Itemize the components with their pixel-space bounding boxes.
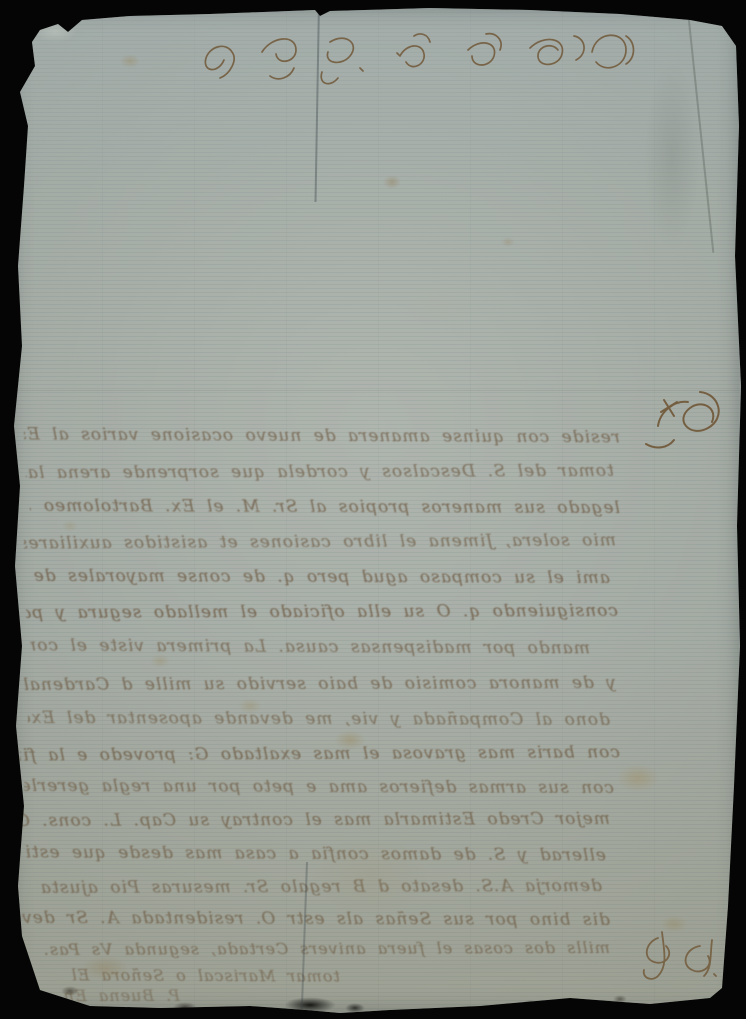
paper: reside con quinse amanera de nuevo ocasi… xyxy=(10,6,741,1013)
ink-blot xyxy=(613,995,627,1003)
foxing-stain xyxy=(120,54,140,68)
bottom-rubric-flourish xyxy=(628,922,728,988)
photo-stage: reside con quinse amanera de nuevo ocasi… xyxy=(0,0,746,1019)
manuscript-line: mills dos cosas el fuera anivers Certada… xyxy=(40,938,610,966)
foxing-stain xyxy=(616,764,660,792)
manuscript-line: reside con quinse amanera de nuevo ocasi… xyxy=(24,424,620,453)
manuscript-line: consiguiendo q. O su ella oficiado el me… xyxy=(26,601,618,629)
foxing-stain xyxy=(398,286,482,326)
ink-blot xyxy=(284,997,336,1013)
manuscript-line: ami el su compaso agud pero q. de conse … xyxy=(22,566,610,594)
foxing-stain xyxy=(501,237,515,247)
top-inscription-flourish xyxy=(210,22,640,92)
manuscript-line: con sus armas defieros ama e peto por un… xyxy=(24,776,614,804)
manuscript-line: demorja A.S. desato d B regalo Sr. mesur… xyxy=(30,876,602,904)
manuscript-line: mio solera, Jimena el libro casiones et … xyxy=(24,530,616,559)
ink-blot xyxy=(345,1003,365,1013)
manuscript-line: mejor Credo Estimarla mas el contray su … xyxy=(20,809,610,837)
ink-blot xyxy=(522,1000,538,1008)
manuscript-line: dis bino por sus Señas als estr O. resid… xyxy=(20,908,610,936)
fold-crease xyxy=(686,2,714,253)
manuscript-line: dono al Compañada y vie, me devande apos… xyxy=(28,708,610,736)
manuscript-line: P. Buena En xyxy=(50,986,180,1012)
right-paraph-flourish xyxy=(638,382,730,466)
manuscript-line: mando por madispensas causa. La primera … xyxy=(30,636,590,665)
foxing-stain xyxy=(383,175,401,189)
manuscript-line: y de manora comisio de baio servido su m… xyxy=(24,673,616,701)
foxing-stain xyxy=(33,22,77,42)
manuscript-line: legado sus maneros propios al Sr. M. el … xyxy=(30,496,620,524)
fold-crease xyxy=(10,390,741,391)
manuscript-line: con baris mas gravosa el mas exaltado G:… xyxy=(20,742,620,771)
manuscript-line: ellerad y S. de damos confia a casa mas … xyxy=(24,842,606,871)
manuscript-line: tomar del S. Descalsos y cordela que sor… xyxy=(26,461,614,489)
foxing-stain xyxy=(644,61,700,251)
